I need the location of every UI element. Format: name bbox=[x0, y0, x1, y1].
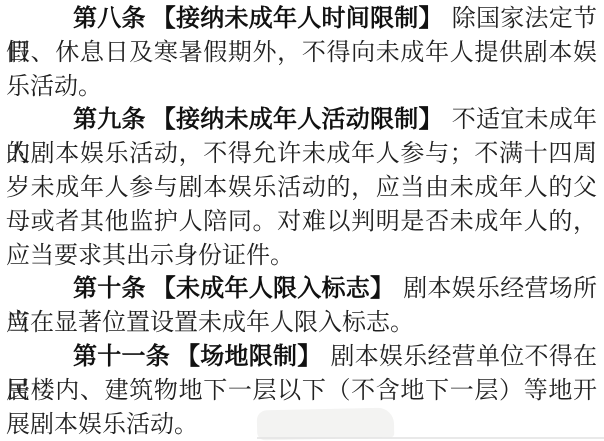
line-text: 乐活动。 bbox=[6, 74, 102, 100]
article-number: 第九条 bbox=[73, 106, 146, 133]
text-line: 当在显著位置设置未成年人限入标志。 bbox=[6, 306, 597, 340]
article-title: 【未成年人限入标志】 bbox=[152, 275, 395, 302]
article-number: 第十一条 bbox=[73, 343, 170, 370]
text-line: 第十条【未成年人限入标志】剧本娱乐经营场所应 bbox=[6, 272, 597, 306]
text-line: 的剧本娱乐活动，不得允许未成年人参与；不满十四周 bbox=[6, 137, 597, 171]
line-text: 母或者其他监护人陪同。对难以判明是否未成年人的， bbox=[6, 209, 597, 235]
text-line: 民楼内、建筑物地下一层以下（不含地下一层）等地开 bbox=[6, 374, 597, 408]
document-page: 第八条【接纳未成年人时间限制】除国家法定节假 日、休息日及寒暑假期外，不得向未成… bbox=[0, 0, 604, 441]
line-text: 当在显著位置设置未成年人限入标志。 bbox=[6, 310, 414, 336]
document-text: 第八条【接纳未成年人时间限制】除国家法定节假 日、休息日及寒暑假期外，不得向未成… bbox=[6, 2, 597, 441]
text-line: 乐活动。 bbox=[6, 70, 597, 104]
text-line: 第十一条【场地限制】剧本娱乐经营单位不得在居 bbox=[6, 340, 597, 374]
text-line: 日、休息日及寒暑假期外，不得向未成年人提供剧本娱 bbox=[6, 36, 597, 70]
line-text: 的剧本娱乐活动，不得允许未成年人参与；不满十四周 bbox=[6, 141, 597, 167]
text-line: 岁未成年人参与剧本娱乐活动的，应当由未成年人的父 bbox=[6, 171, 597, 205]
text-line: 应当要求其出示身份证件。 bbox=[6, 239, 597, 273]
scan-smudge-artifact bbox=[257, 408, 395, 441]
line-text: 应当要求其出示身份证件。 bbox=[6, 243, 294, 269]
article-title: 【接纳未成年人活动限制】 bbox=[152, 106, 443, 133]
article-number: 第十条 bbox=[73, 275, 146, 302]
text-line: 第八条【接纳未成年人时间限制】除国家法定节假 bbox=[6, 2, 597, 36]
article-title: 【接纳未成年人时间限制】 bbox=[152, 5, 443, 32]
scan-streak-artifact bbox=[257, 437, 604, 439]
text-line: 第九条【接纳未成年人活动限制】不适宜未成年人 bbox=[6, 103, 597, 137]
line-text: 展剧本娱乐活动。 bbox=[6, 412, 198, 438]
line-text: 岁未成年人参与剧本娱乐活动的，应当由未成年人的父 bbox=[6, 175, 597, 201]
line-text: 日、休息日及寒暑假期外，不得向未成年人提供剧本娱 bbox=[6, 40, 597, 66]
line-text: 民楼内、建筑物地下一层以下（不含地下一层）等地开 bbox=[6, 378, 597, 404]
article-title: 【场地限制】 bbox=[176, 343, 322, 370]
article-number: 第八条 bbox=[73, 5, 146, 32]
text-line: 母或者其他监护人陪同。对难以判明是否未成年人的， bbox=[6, 205, 597, 239]
